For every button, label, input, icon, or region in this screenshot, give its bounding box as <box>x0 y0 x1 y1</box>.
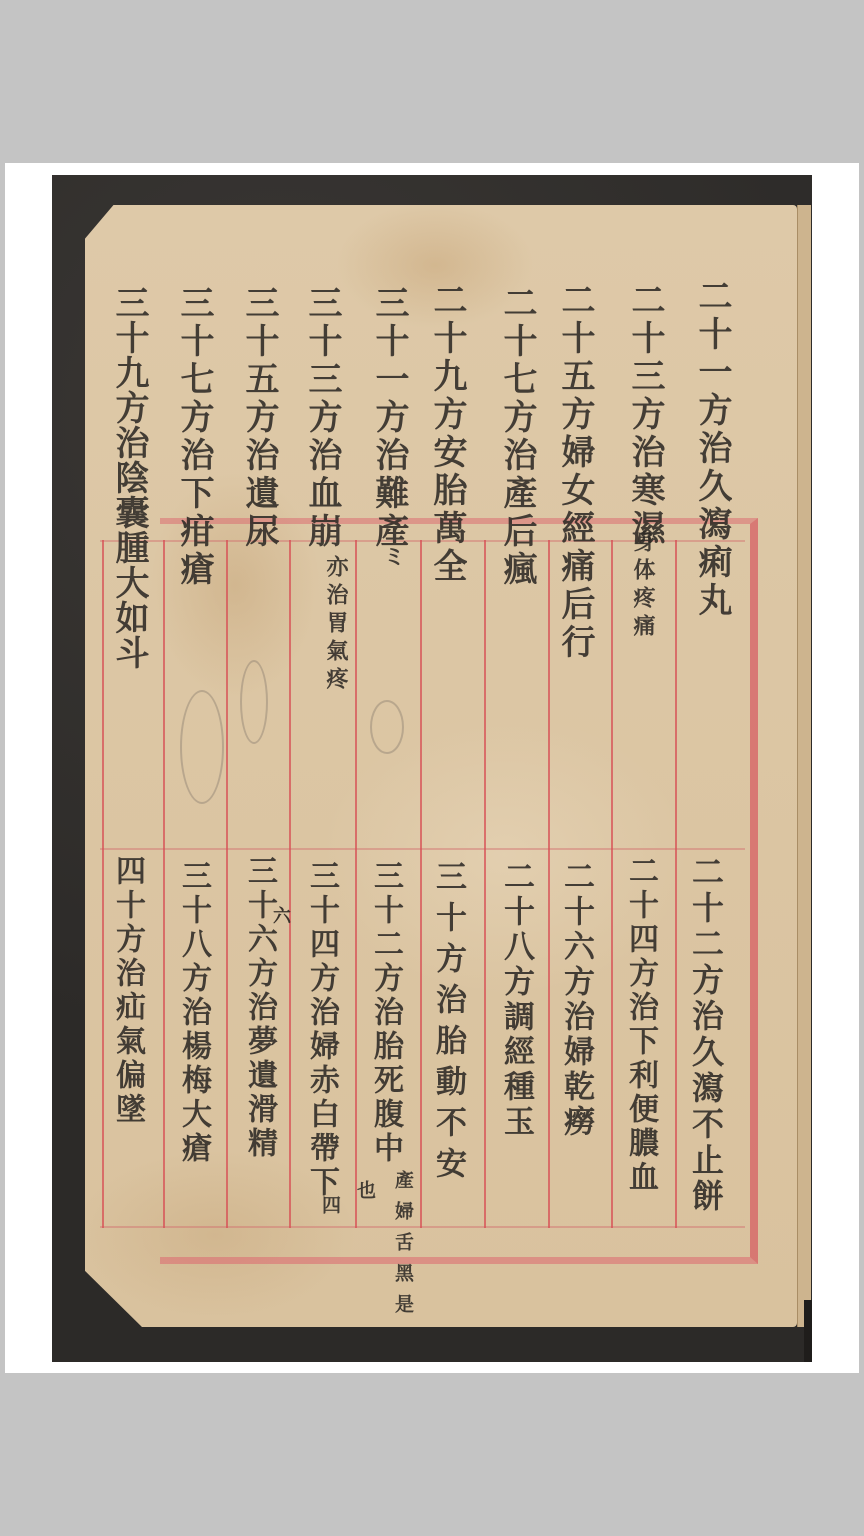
entry-37: 三十七方治下疳瘡 <box>177 285 211 589</box>
entry-21: 二十一方治久瀉痢丸 <box>695 278 729 620</box>
entry-29: 二十九方安胎萬全 <box>430 282 464 586</box>
entry-34-note: 四 <box>320 1195 339 1217</box>
entry-22: 二十二方治久瀉不止餅 <box>690 855 722 1215</box>
entry-26: 二十六方治婦乾癆 <box>560 860 591 1140</box>
entry-36-insert: 六 <box>273 902 291 928</box>
entry-23-note: 身体疼痛 <box>632 530 654 642</box>
entry-24: 二十四方治下利便膿血 <box>625 855 655 1195</box>
entry-33: 三十三方治血崩 <box>305 285 339 551</box>
mid-rule-line <box>100 848 745 850</box>
entry-32: 三十二方治胎死腹中 <box>370 860 400 1166</box>
column-rule <box>102 540 104 1228</box>
column-rule <box>289 540 291 1228</box>
entry-23: 二十三方治寒濕 <box>628 282 662 548</box>
pencil-mark <box>370 700 404 754</box>
pencil-mark <box>180 690 224 804</box>
entry-36: 三十六方治夢遺滑精 <box>244 855 274 1161</box>
page-fold-edge <box>797 205 811 1327</box>
pencil-mark <box>240 660 268 744</box>
binding-shadow <box>804 1300 812 1362</box>
column-rule <box>163 540 165 1228</box>
entry-32-note2: 產婦舌黑是 <box>393 1170 412 1325</box>
column-rule <box>420 540 422 1228</box>
entry-35: 三十五方治遺尿 <box>242 285 276 551</box>
entry-32-note: 也 <box>355 1180 374 1202</box>
entry-34: 三十四方治婦赤白帶下 <box>306 860 336 1200</box>
lower-rule-line <box>100 1226 745 1228</box>
entry-30: 三十方治胎動不安 <box>432 860 463 1188</box>
column-rule <box>675 540 677 1228</box>
entry-31-note: ミ <box>382 545 404 573</box>
entry-39: 三十九方治陰囊腫大如斗 <box>112 285 146 670</box>
entry-33-note: 亦治胃氣疼 <box>325 555 347 695</box>
column-rule <box>355 540 357 1228</box>
entry-40: 四十方治疝氣偏墜 <box>112 855 142 1127</box>
entry-31: 三十一方治難產 <box>372 285 406 551</box>
column-rule <box>611 540 613 1228</box>
entry-27: 二十七方治產后瘋 <box>500 285 534 589</box>
entry-25: 二十五方婦女經痛后行 <box>558 282 592 662</box>
column-rule <box>548 540 550 1228</box>
column-rule <box>484 540 486 1228</box>
entry-28: 二十八方調經種玉 <box>500 860 531 1140</box>
column-rule <box>226 540 228 1228</box>
entry-38: 三十八方治楊梅大瘡 <box>178 860 208 1166</box>
